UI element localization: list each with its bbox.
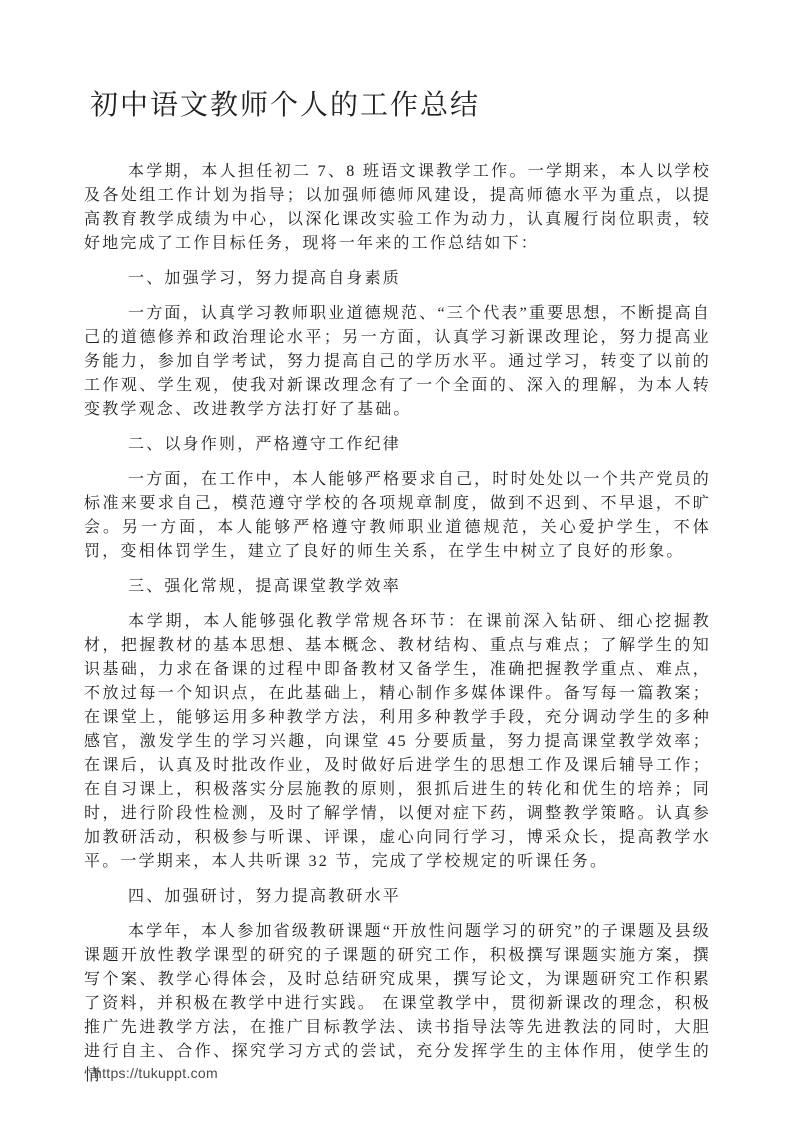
paragraph-section-2: 一方面，在工作中，本人能够严格要求自己，时时处处以一个共产党员的标准来要求自己，… — [84, 468, 711, 564]
document-page: 初中语文教师个人的工作总结 本学期，本人担任初二 7、8 班语文课教学工作。一学… — [0, 0, 793, 1122]
document-content: 初中语文教师个人的工作总结 本学期，本人担任初二 7、8 班语文课教学工作。一学… — [84, 88, 711, 1099]
paragraph-section-3: 本学期，本人能够强化教学常规各环节：在课前深入钻研、细心挖掘教材，把握教材的基本… — [84, 610, 711, 874]
section-heading-4: 四、加强研讨，努力提高教研水平 — [84, 885, 711, 909]
paragraph-intro: 本学期，本人担任初二 7、8 班语文课教学工作。一学期来，本人以学校及各处组工作… — [84, 160, 711, 256]
paragraph-section-4: 本学年，本人参加省级教研课题“开放性问题学习的研究”的子课题及县级课题开放性教学… — [84, 920, 711, 1088]
section-heading-1: 一、加强学习，努力提高自身素质 — [84, 267, 711, 291]
document-title: 初中语文教师个人的工作总结 — [90, 88, 711, 124]
footer-source-url: https://tukuppt.com — [94, 1064, 218, 1082]
section-heading-2: 二、以身作则，严格遵守工作纪律 — [84, 433, 711, 457]
paragraph-section-1: 一方面，认真学习教师职业道德规范、“三个代表”重要思想，不断提高自己的道德修养和… — [84, 302, 711, 422]
section-heading-3: 三、强化常规，提高课堂教学效率 — [84, 575, 711, 599]
